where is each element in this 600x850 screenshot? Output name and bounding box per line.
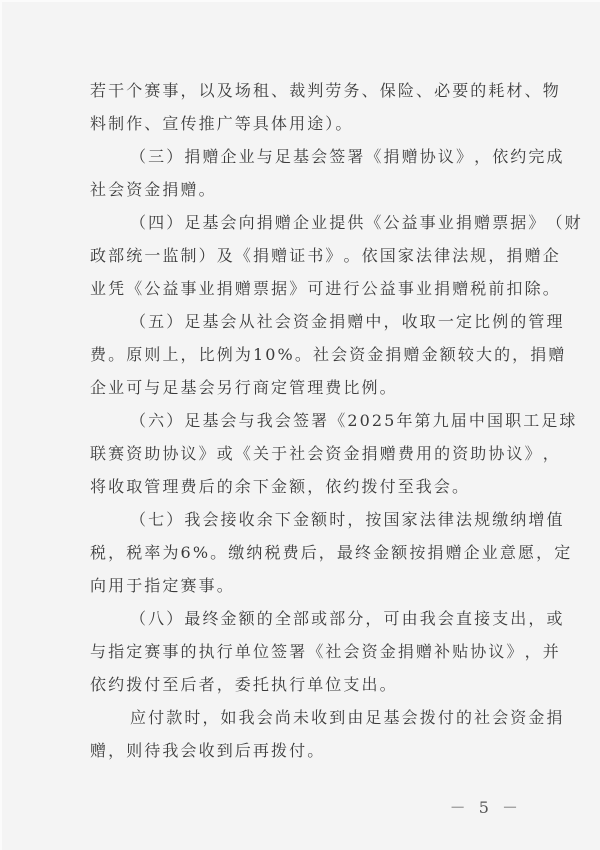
text-line-clause-7: （七）我会接收余下金额时，按国家法律法规缴纳增值 xyxy=(90,503,515,536)
text-line: 业凭《公益事业捐赠票据》可进行公益事业捐赠税前扣除。 xyxy=(90,272,515,305)
text-line-payment-note: 应付款时，如我会尚未收到由足基会拨付的社会资金捐 xyxy=(90,701,515,734)
text-line: 将收取管理费后的余下金额，依约拨付至我会。 xyxy=(90,470,515,503)
text-line: 依约拨付至后者，委托执行单位支出。 xyxy=(90,668,515,701)
text-line: 社会资金捐赠。 xyxy=(90,173,515,206)
text-line: 政部统一监制）及《捐赠证书》。依国家法律法规，捐赠企 xyxy=(90,239,515,272)
text-line: 若干个赛事，以及场租、裁判劳务、保险、必要的耗材、物 xyxy=(90,74,515,107)
text-line: 与指定赛事的执行单位签署《社会资金捐赠补贴协议》，并 xyxy=(90,635,515,668)
text-line-clause-8: （八）最终金额的全部或部分，可由我会直接支出，或 xyxy=(90,602,515,635)
text-line: 费。原则上，比例为10%。社会资金捐赠金额较大的，捐赠 xyxy=(90,338,515,371)
text-line-clause-5: （五）足基会从社会资金捐赠中，收取一定比例的管理 xyxy=(90,305,515,338)
page-number: － 5 － xyxy=(450,795,522,818)
document-body: 若干个赛事，以及场租、裁判劳务、保险、必要的耗材、物 料制作、宣传推广等具体用途… xyxy=(90,74,515,767)
text-line: 税，税率为6%。缴纳税费后，最终金额按捐赠企业意愿，定 xyxy=(90,536,515,569)
text-line: 赠，则待我会收到后再拨付。 xyxy=(90,734,515,767)
text-line-clause-3: （三）捐赠企业与足基会签署《捐赠协议》，依约完成 xyxy=(90,140,515,173)
text-line: 企业可与足基会另行商定管理费比例。 xyxy=(90,371,515,404)
text-line: 联赛资助协议》或《关于社会资金捐赠费用的资助协议》， xyxy=(90,437,515,470)
text-line-clause-6: （六）足基会与我会签署《2025年第九届中国职工足球 xyxy=(90,404,515,437)
text-line: 向用于指定赛事。 xyxy=(90,569,515,602)
text-line: 料制作、宣传推广等具体用途）。 xyxy=(90,107,515,140)
text-line-clause-4: （四）足基会向捐赠企业提供《公益事业捐赠票据》（财 xyxy=(90,206,515,239)
